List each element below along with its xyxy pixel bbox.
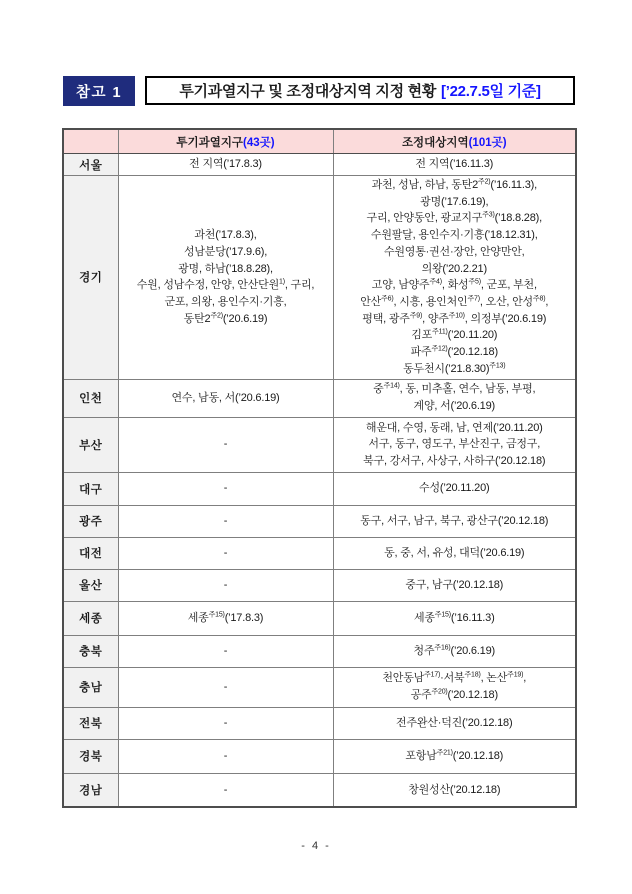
table-row: 울산-중구, 남구(’20.12.18) (63, 569, 576, 601)
region-label: 울산 (63, 569, 118, 601)
overheated-cell: 세종주15)(’17.8.3) (118, 601, 333, 635)
overheated-cell: - (118, 667, 333, 707)
overheated-cell: - (118, 417, 333, 472)
region-label: 충북 (63, 635, 118, 667)
adjustment-cell: 중주14), 동, 미추홀, 연수, 남동, 부평,계양, 서(’20.6.19… (333, 379, 576, 417)
table-row: 서울전 지역(’17.8.3)전 지역(’16.11.3) (63, 154, 576, 176)
adjustment-cell: 창원성산(’20.12.18) (333, 773, 576, 807)
reference-badge: 참고 1 (63, 76, 135, 106)
adjustment-cell: 과천, 성남, 하남, 동탄2주2)(’16.11.3),광명(’17.6.19… (333, 176, 576, 380)
table-row: 부산-해운대, 수영, 동래, 남, 연제(’20.11.20)서구, 동구, … (63, 417, 576, 472)
overheated-cell: - (118, 537, 333, 569)
table-row: 세종세종주15)(’17.8.3)세종주15)(’16.11.3) (63, 601, 576, 635)
designation-table: 투기과열지구(43곳) 조정대상지역(101곳) 서울전 지역(’17.8.3)… (62, 128, 577, 808)
header-row: 투기과열지구(43곳) 조정대상지역(101곳) (63, 129, 576, 154)
region-label: 경기 (63, 176, 118, 380)
table-row: 광주-동구, 서구, 남구, 북구, 광산구(’20.12.18) (63, 505, 576, 537)
table-header: 투기과열지구(43곳) 조정대상지역(101곳) (63, 129, 576, 154)
title-date: [’22.7.5일 기준] (441, 80, 541, 101)
adjustment-cell: 해운대, 수영, 동래, 남, 연제(’20.11.20)서구, 동구, 영도구… (333, 417, 576, 472)
overheated-cell: - (118, 707, 333, 739)
region-label: 서울 (63, 154, 118, 176)
overheated-cell: 전 지역(’17.8.3) (118, 154, 333, 176)
adjustment-cell: 청주주16)(’20.6.19) (333, 635, 576, 667)
adjustment-cell: 동구, 서구, 남구, 북구, 광산구(’20.12.18) (333, 505, 576, 537)
corner-cell (63, 129, 118, 154)
region-label: 광주 (63, 505, 118, 537)
page-title: 투기과열지구 및 조정대상지역 지정 현황 (179, 80, 436, 101)
overheated-cell: 연수, 남동, 서(’20.6.19) (118, 379, 333, 417)
overheated-header-count: (43곳) (243, 137, 275, 149)
overheated-cell: - (118, 472, 333, 505)
adjustment-cell: 전 지역(’16.11.3) (333, 154, 576, 176)
region-label: 경남 (63, 773, 118, 807)
adjustment-cell: 천안동남주17)·서북주18), 논산주19),공주주20)(’20.12.18… (333, 667, 576, 707)
adjustment-cell: 세종주15)(’16.11.3) (333, 601, 576, 635)
region-label: 대구 (63, 472, 118, 505)
overheated-cell: - (118, 739, 333, 773)
title-box: 투기과열지구 및 조정대상지역 지정 현황 [’22.7.5일 기준] (145, 76, 575, 105)
table-row: 경북-포항남주21)(’20.12.18) (63, 739, 576, 773)
table-row: 전북-전주완산·덕진(’20.12.18) (63, 707, 576, 739)
table-row: 경남-창원성산(’20.12.18) (63, 773, 576, 807)
table-row: 대전-동, 중, 서, 유성, 대덕(’20.6.19) (63, 537, 576, 569)
table-row: 대구-수성(’20.11.20) (63, 472, 576, 505)
table-row: 충북-청주주16)(’20.6.19) (63, 635, 576, 667)
region-label: 대전 (63, 537, 118, 569)
table-row: 충남-천안동남주17)·서북주18), 논산주19),공주주20)(’20.12… (63, 667, 576, 707)
region-label: 전북 (63, 707, 118, 739)
overheated-cell: - (118, 505, 333, 537)
region-label: 부산 (63, 417, 118, 472)
document-header: 참고 1 투기과열지구 및 조정대상지역 지정 현황 [’22.7.5일 기준] (63, 76, 575, 106)
overheated-column-header: 투기과열지구(43곳) (118, 129, 333, 154)
overheated-header-label: 투기과열지구 (176, 137, 243, 149)
overheated-cell: - (118, 569, 333, 601)
region-label: 충남 (63, 667, 118, 707)
adjustment-header-count: (101곳) (469, 137, 507, 149)
adjustment-column-header: 조정대상지역(101곳) (333, 129, 576, 154)
overheated-cell: 과천(’17.8.3),성남분당(’17.9.6),광명, 하남(’18.8.2… (118, 176, 333, 380)
adjustment-cell: 전주완산·덕진(’20.12.18) (333, 707, 576, 739)
table-row: 인천연수, 남동, 서(’20.6.19)중주14), 동, 미추홀, 연수, … (63, 379, 576, 417)
region-label: 세종 (63, 601, 118, 635)
table-body: 서울전 지역(’17.8.3)전 지역(’16.11.3)경기과천(’17.8.… (63, 154, 576, 808)
table-row: 경기과천(’17.8.3),성남분당(’17.9.6),광명, 하남(’18.8… (63, 176, 576, 380)
adjustment-cell: 중구, 남구(’20.12.18) (333, 569, 576, 601)
region-label: 인천 (63, 379, 118, 417)
document-page: 참고 1 투기과열지구 및 조정대상지역 지정 현황 [’22.7.5일 기준]… (0, 0, 632, 894)
adjustment-header-label: 조정대상지역 (402, 137, 469, 149)
page-number: - 4 - (0, 840, 632, 852)
adjustment-cell: 수성(’20.11.20) (333, 472, 576, 505)
overheated-cell: - (118, 773, 333, 807)
region-label: 경북 (63, 739, 118, 773)
adjustment-cell: 포항남주21)(’20.12.18) (333, 739, 576, 773)
overheated-cell: - (118, 635, 333, 667)
adjustment-cell: 동, 중, 서, 유성, 대덕(’20.6.19) (333, 537, 576, 569)
